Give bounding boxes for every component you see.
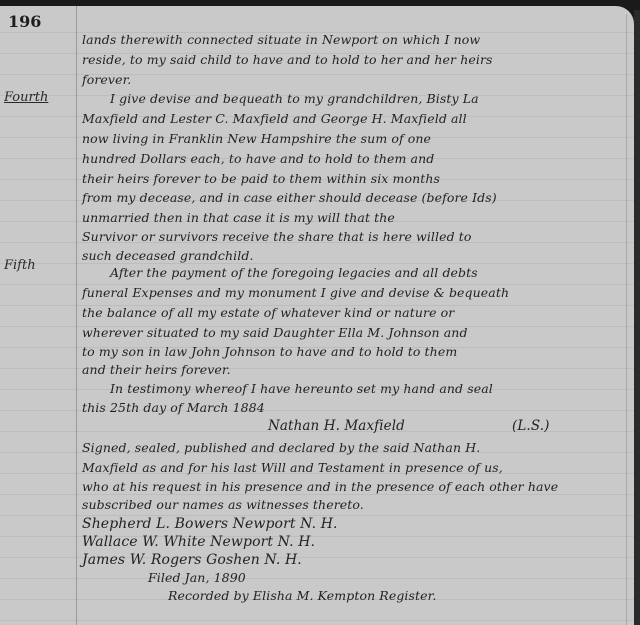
will-line: to my son in law John Johnson to have an…: [82, 344, 457, 359]
witness-line: Wallace W. White Newport N. H.: [82, 534, 315, 550]
will-line: the balance of all my estate of whatever…: [82, 305, 454, 320]
will-line: forever.: [82, 72, 131, 87]
right-margin-rule: [626, 14, 627, 625]
witness-line: Shepherd L. Bowers Newport N. H.: [82, 516, 338, 532]
page-edge: [634, 10, 640, 625]
will-line: now living in Franklin New Hampshire the…: [82, 131, 431, 146]
witness-line: James W. Rogers Goshen N. H.: [82, 552, 302, 568]
will-line: After the payment of the foregoing legac…: [110, 265, 478, 280]
will-line: this 25th day of March 1884: [82, 400, 265, 415]
will-line: I give devise and bequeath to my grandch…: [110, 91, 479, 106]
attestation-line: Maxfield as and for his last Will and Te…: [82, 460, 503, 475]
will-line: Maxfield and Lester C. Maxfield and Geor…: [82, 111, 467, 126]
left-margin-rule: [76, 6, 77, 625]
will-line: their heirs forever to be paid to them w…: [82, 171, 440, 186]
margin-label-fifth: Fifth: [4, 258, 36, 273]
page-number: 196: [8, 12, 41, 31]
testator-signature: Nathan H. Maxfield: [268, 418, 405, 434]
attestation-line: Signed, sealed, published and declared b…: [82, 440, 480, 455]
will-line: lands therewith connected situate in New…: [82, 32, 480, 47]
will-line: Survivor or survivors receive the share …: [82, 229, 472, 244]
attestation-line: subscribed our names as witnesses theret…: [82, 497, 364, 512]
seal-mark: (L.S.): [512, 418, 549, 434]
attestation-line: who at his request in his presence and i…: [82, 479, 558, 494]
recorded-note: Recorded by Elisha M. Kempton Register.: [168, 588, 436, 603]
will-line: from my decease, and in case either shou…: [82, 190, 497, 205]
will-line: wherever situated to my said Daughter El…: [82, 325, 468, 340]
will-line: unmarried then in that case it is my wil…: [82, 210, 395, 225]
filed-note: Filed Jan, 1890: [148, 570, 246, 585]
will-line: In testimony whereof I have hereunto set…: [110, 381, 493, 396]
will-line: and their heirs forever.: [82, 362, 231, 377]
margin-label-fourth: Fourth: [4, 90, 48, 105]
will-line: funeral Expenses and my monument I give …: [82, 285, 509, 300]
will-line: hundred Dollars each, to have and to hol…: [82, 151, 434, 166]
will-line: such deceased grandchild.: [82, 248, 254, 263]
will-line: reside, to my said child to have and to …: [82, 52, 493, 67]
